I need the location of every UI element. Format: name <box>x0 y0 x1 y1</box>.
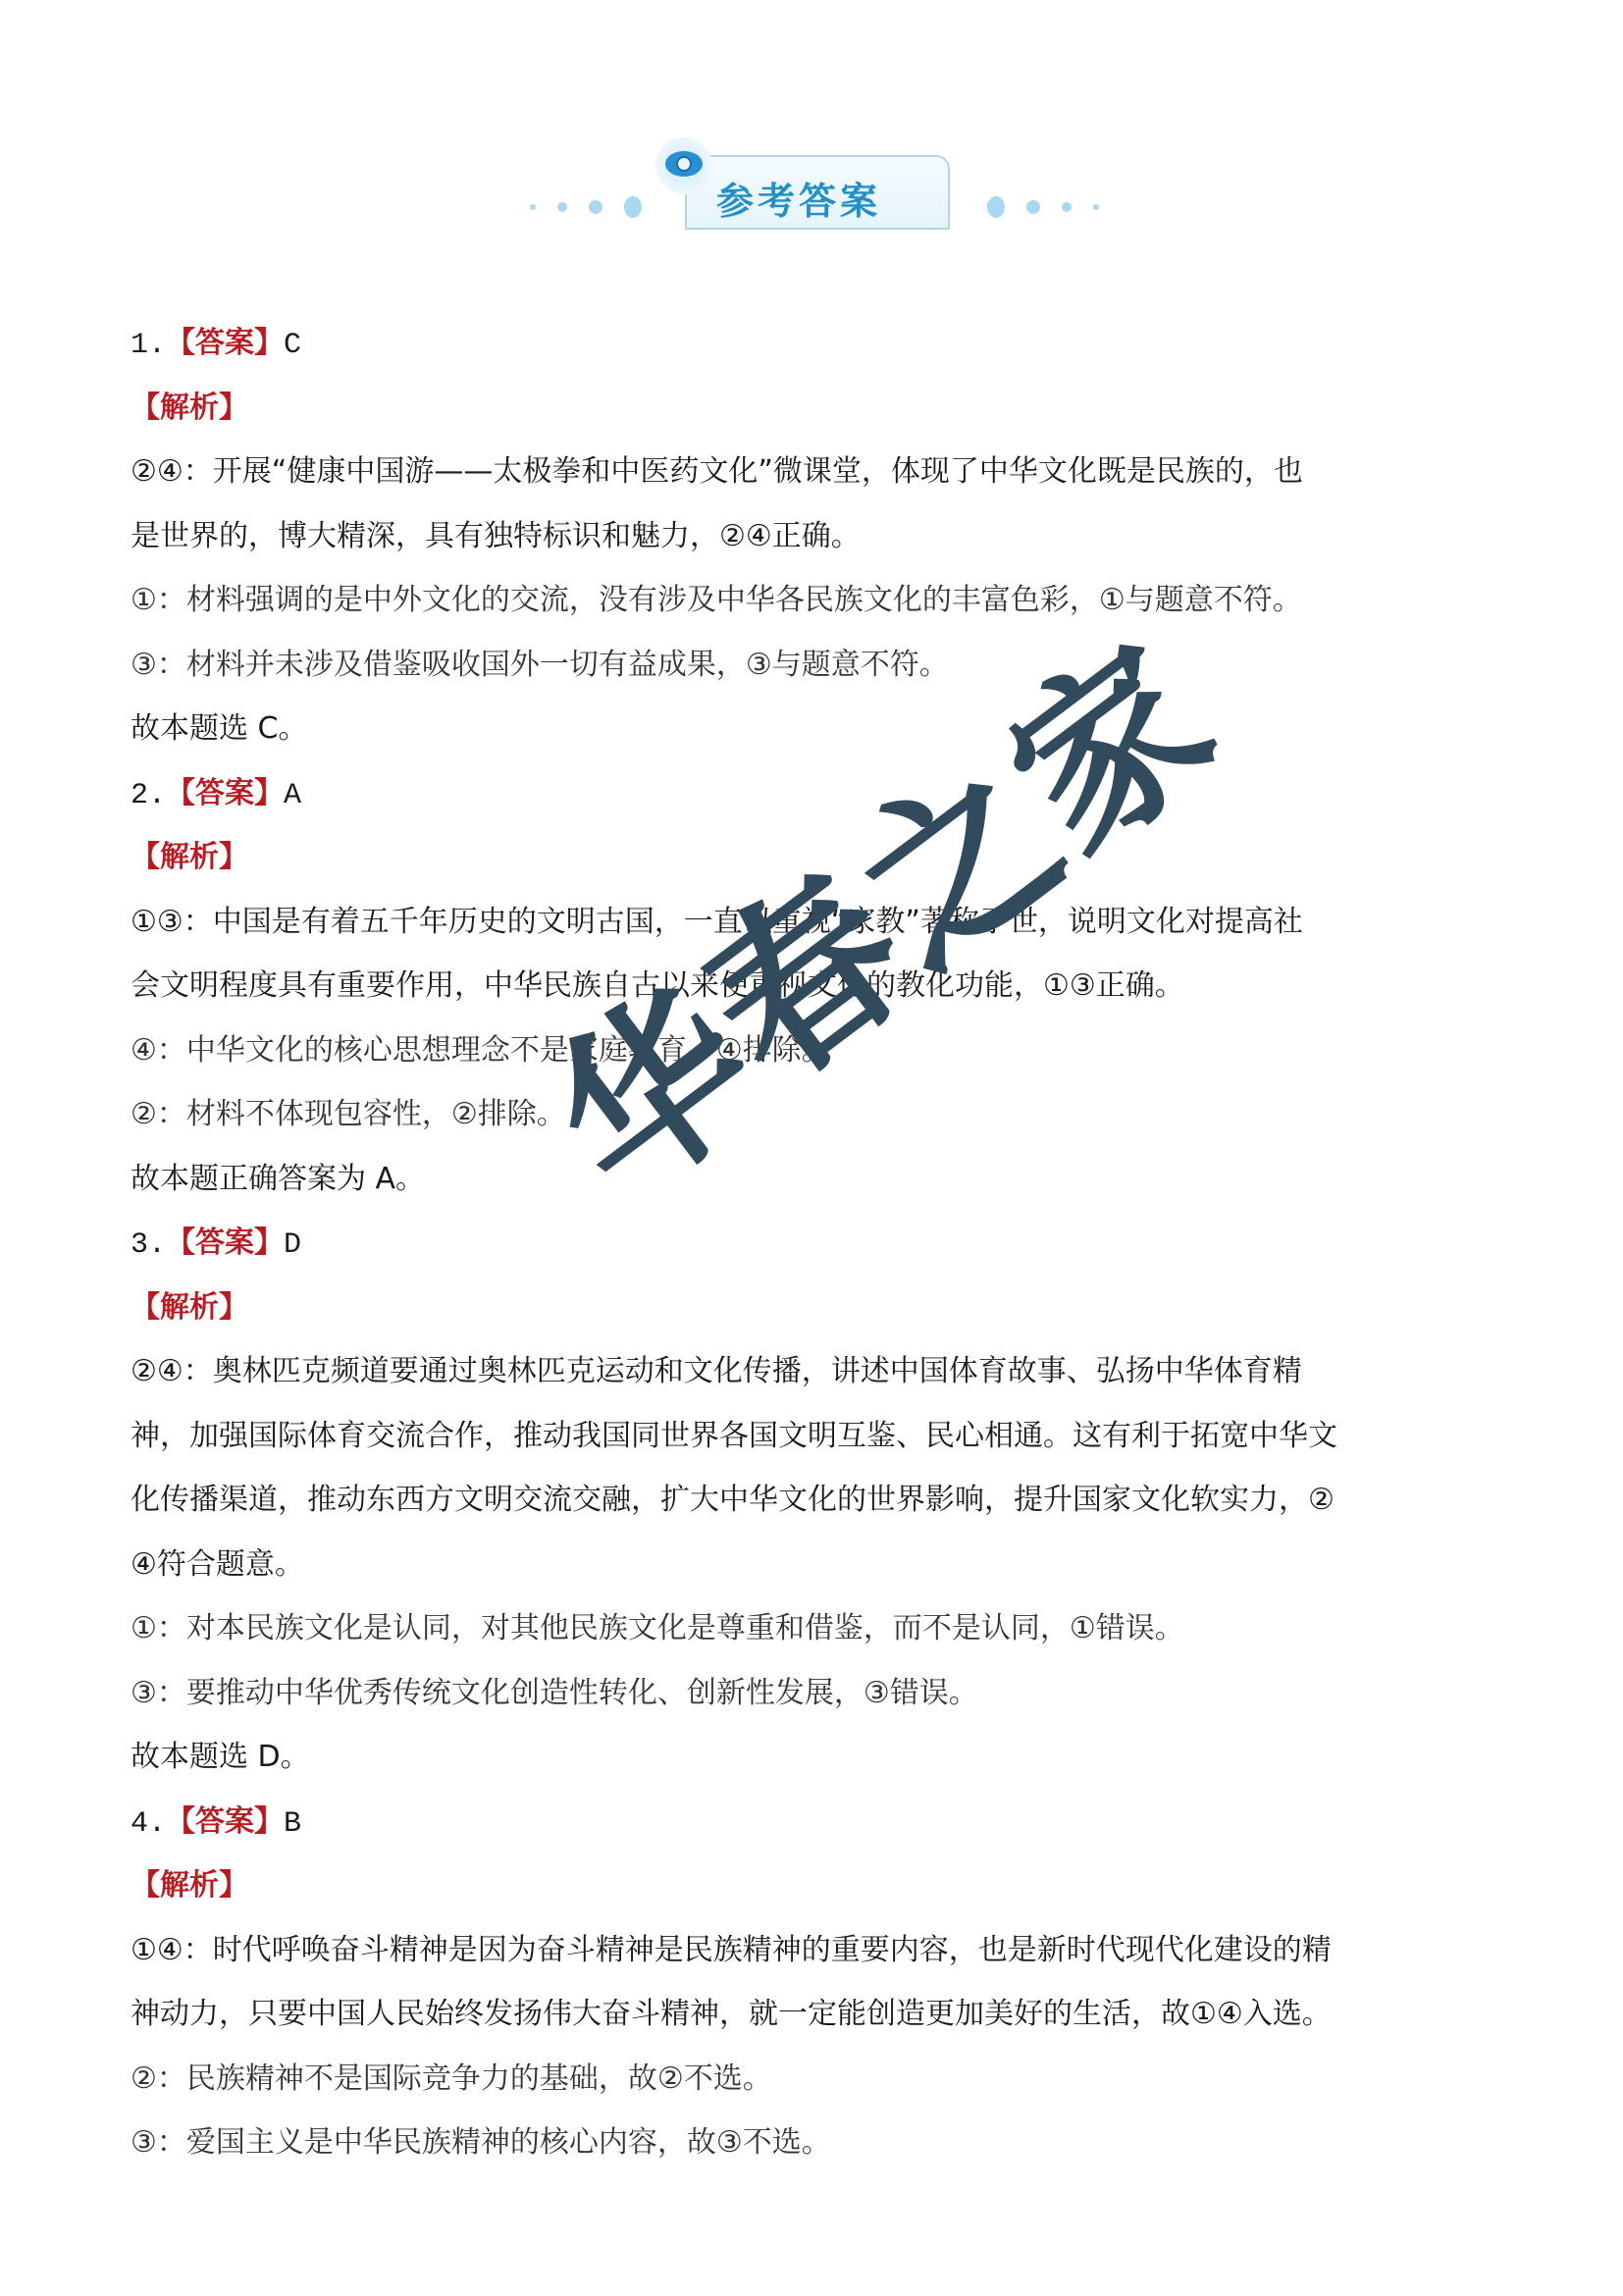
analysis-line: ①：对本民族文化是认同，对其他民族文化是尊重和借鉴，而不是认同，①错误。 <box>131 1601 1504 1666</box>
analysis-tag: 【解析】 <box>131 830 1504 895</box>
title-box: 参考答案 <box>685 155 950 230</box>
analysis-line: ③：要推动中华优秀传统文化创造性转化、创新性发展，③错误。 <box>131 1666 1504 1731</box>
answer-choice: A <box>284 779 301 812</box>
analysis-line: ④：中华文化的核心思想理念不是家庭教育，④排除。 <box>131 1023 1504 1088</box>
analysis-tag: 【解析】 <box>131 1280 1504 1345</box>
question-number: 1. <box>131 329 166 362</box>
analysis-line: ①：材料强调的是中外文化的交流，没有涉及中华各民族文化的丰富色彩，①与题意不符。 <box>131 573 1504 638</box>
analysis-line: ④符合题意。 <box>131 1538 1504 1602</box>
question-number: 4. <box>131 1807 166 1841</box>
page-title: 参考答案 <box>716 171 881 225</box>
analysis-line: ③：爱国主义是中华民族精神的核心内容，故③不选。 <box>131 2115 1504 2180</box>
decorative-dots-right <box>987 196 1099 218</box>
eye-icon <box>655 137 712 194</box>
answer-tag: 【答案】 <box>166 1804 284 1839</box>
analysis-line: 化传播渠道，推动东西方文明交流交融，扩大中华文化的世界影响，提升国家文化软实力，… <box>131 1473 1504 1538</box>
analysis-line: ②：材料不体现包容性，②排除。 <box>131 1087 1504 1152</box>
analysis-line: ①③：中国是有着五千年历史的文明古国，一直以重视“家教”著称于世，说明文化对提高… <box>131 895 1504 960</box>
analysis-tag: 【解析】 <box>131 1858 1504 1923</box>
answer-line-q3: 3.【答案】D <box>131 1216 1504 1280</box>
decorative-dots-left <box>530 196 642 218</box>
conclusion-line: 故本题选 C。 <box>131 702 1504 766</box>
analysis-line: ②④：开展“健康中国游——太极拳和中医药文化”微课堂，体现了中华文化既是民族的，… <box>131 444 1504 509</box>
analysis-line: ③：材料并未涉及借鉴吸收国外一切有益成果，③与题意不符。 <box>131 638 1504 703</box>
answer-key-header: 参考答案 <box>530 137 1099 235</box>
answer-tag: 【答案】 <box>166 1226 284 1260</box>
analysis-line: 会文明程度具有重要作用，中华民族自古以来便重视文化的教化功能，①③正确。 <box>131 959 1504 1023</box>
conclusion-line: 故本题选 D。 <box>131 1730 1504 1795</box>
answer-line-q4: 4.【答案】B <box>131 1795 1504 1859</box>
analysis-tag: 【解析】 <box>131 381 1504 445</box>
analysis-line: 是世界的，博大精深，具有独特标识和魅力，②④正确。 <box>131 509 1504 574</box>
analysis-line: 神动力，只要中国人民始终发扬伟大奋斗精神，就一定能创造更加美好的生活，故①④入选… <box>131 1987 1504 2052</box>
analysis-line: ①④：时代呼唤奋斗精神是因为奋斗精神是民族精神的重要内容，也是新时代现代化建设的… <box>131 1923 1504 1988</box>
question-number: 3. <box>131 1228 166 1262</box>
answer-line-q1: 1.【答案】C <box>131 316 1504 381</box>
conclusion-line: 故本题正确答案为 A。 <box>131 1152 1504 1217</box>
answer-content: 1.【答案】C 【解析】 ②④：开展“健康中国游——太极拳和中医药文化”微课堂，… <box>131 316 1504 2180</box>
answer-choice: D <box>284 1228 301 1262</box>
question-number: 2. <box>131 779 166 812</box>
analysis-line: 神，加强国际体育交流合作，推动我国同世界各国文明互鉴、民心相通。这有利于拓宽中华… <box>131 1409 1504 1474</box>
analysis-line: ②④：奥林匹克频道要通过奥林匹克运动和文化传播，讲述中国体育故事、弘扬中华体育精 <box>131 1344 1504 1409</box>
answer-choice: B <box>284 1807 301 1841</box>
answer-tag: 【答案】 <box>166 326 284 360</box>
answer-line-q2: 2.【答案】A <box>131 766 1504 831</box>
answer-choice: C <box>284 329 301 362</box>
analysis-line: ②：民族精神不是国际竞争力的基础，故②不选。 <box>131 2052 1504 2116</box>
answer-tag: 【答案】 <box>166 776 284 810</box>
